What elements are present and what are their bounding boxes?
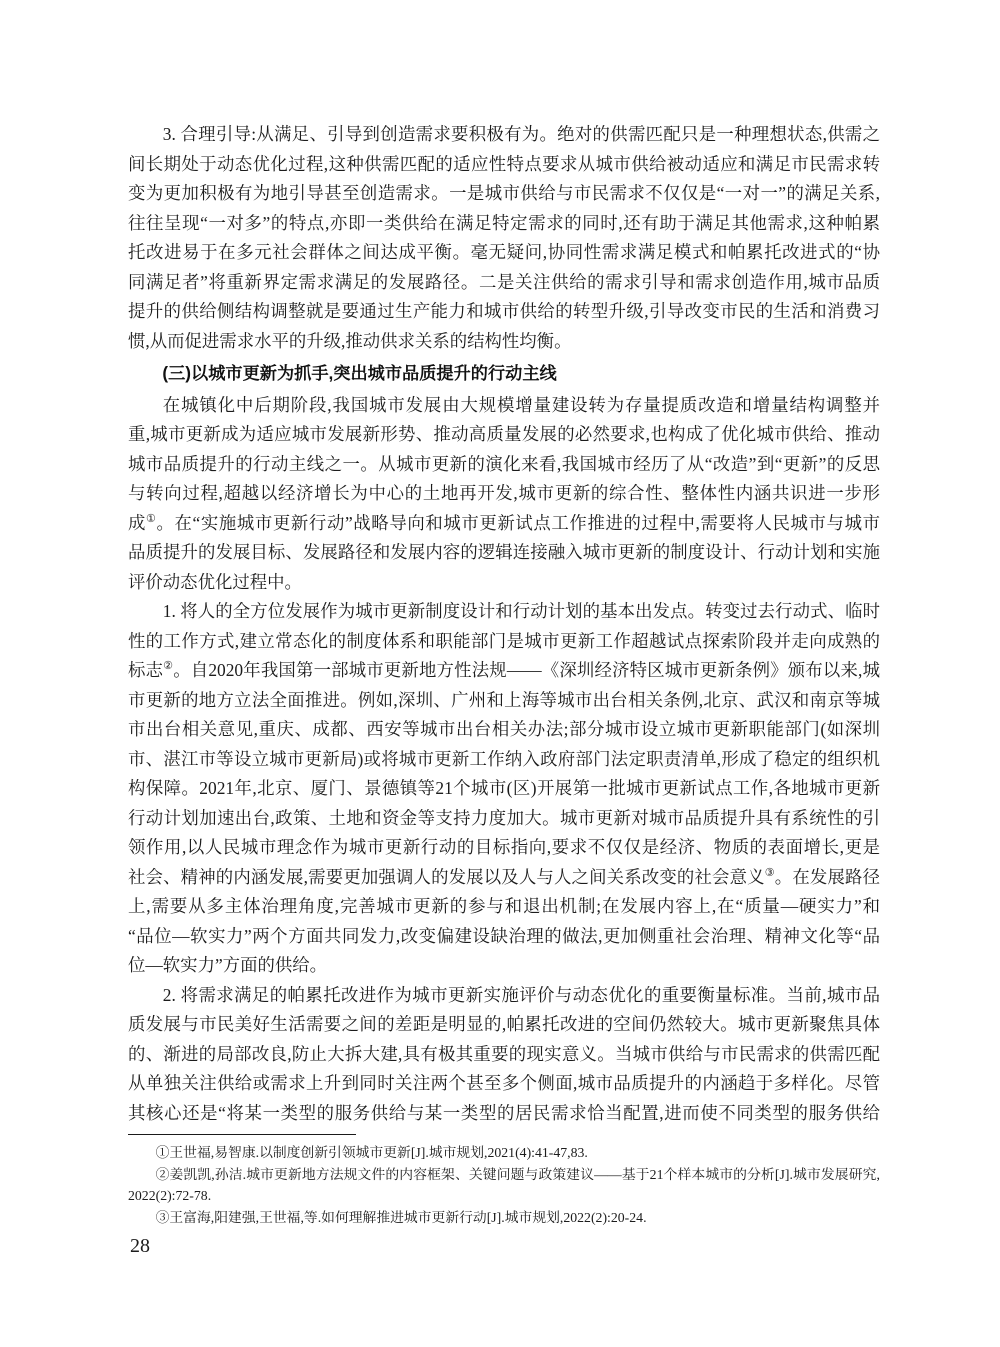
body-line: 提升的供给侧结构调整就是要通过生产能力和城市供给的转型升级,引导改变市民的生活和… xyxy=(128,297,880,327)
body-line: 位—软实力”方面的供给。 xyxy=(128,951,880,981)
body-line: 上,需要从多主体治理角度,完善城市更新的参与和退出机制;在发展内容上,在“质量—… xyxy=(128,892,880,922)
body-line: 同满足者”将重新界定需求满足的发展路径。二是关注供给的需求引导和需求创造作用,城… xyxy=(128,268,880,298)
document-page: 3. 合理引导:从满足、引导到创造需求要积极有为。绝对的供需匹配只是一种理想状态… xyxy=(0,0,1000,1347)
body-line: 间长期处于动态优化过程,这种供需匹配的适应性特点要求从城市供给被动适应和满足市民… xyxy=(128,150,880,180)
body-line: 品质提升的发展目标、发展路径和发展内容的逻辑连接融入城市更新的制度设计、行动计划… xyxy=(128,538,880,568)
article-body: 3. 合理引导:从满足、引导到创造需求要积极有为。绝对的供需匹配只是一种理想状态… xyxy=(128,120,880,1128)
body-line: 构保障。2021年,北京、厦门、景德镇等21个城市(区)开展第一批城市更新试点工… xyxy=(128,774,880,804)
footnote-2-line-2: 2022(2):72-78. xyxy=(128,1185,880,1207)
body-line: “品位—软实力”两个方面共同发力,改变偏建设缺治理的做法,更加侧重社会治理、精神… xyxy=(128,922,880,952)
body-line: 重,城市更新成为适应城市发展新形势、推动高质量发展的必然要求,也构成了优化城市供… xyxy=(128,420,880,450)
body-line: 城市品质提升的行动主线之一。从城市更新的演化来看,我国城市经历了从“改造”到“更… xyxy=(128,450,880,480)
page-number: 28 xyxy=(130,1232,150,1260)
footnote-ref: ② xyxy=(163,660,173,672)
section-heading: (三)以城市更新为抓手,突出城市品质提升的行动主线 xyxy=(128,359,880,389)
footnote-3: ③王富海,阳建强,王世福,等.如何理解推进城市更新行动[J].城市规划,2022… xyxy=(128,1207,880,1229)
body-line: 评价动态优化过程中。 xyxy=(128,568,880,598)
body-line: 的、渐进的局部改良,防止大拆大建,具有极其重要的现实意义。当城市供给与市民需求的… xyxy=(128,1040,880,1070)
body-line: 行动计划加速出台,政策、土地和资金等支持力度加大。城市更新对城市品质提升具有系统… xyxy=(128,804,880,834)
body-line: 成①。在“实施城市更新行动”战略导向和城市更新试点工作推进的过程中,需要将人民城… xyxy=(128,509,880,539)
footnote-2-line-1: ②姜凯凯,孙洁.城市更新地方法规文件的内容框架、关键问题与政策建议——基于21个… xyxy=(128,1164,880,1186)
body-line: 2. 将需求满足的帕累托改进作为城市更新实施评价与动态优化的重要衡量标准。当前,… xyxy=(128,981,880,1011)
body-line: 领作用,以人民城市理念作为城市更新行动的目标指向,要求不仅仅是经济、物质的表面增… xyxy=(128,833,880,863)
footnotes: ①王世福,易智康.以制度创新引领城市更新[J].城市规划,2021(4):41-… xyxy=(128,1142,880,1228)
body-line: 3. 合理引导:从满足、引导到创造需求要积极有为。绝对的供需匹配只是一种理想状态… xyxy=(128,120,880,150)
body-line: 托改进易于在多元社会群体之间达成平衡。毫无疑问,协同性需求满足模式和帕累托改进式… xyxy=(128,238,880,268)
body-line: 从单独关注供给或需求上升到同时关注两个甚至多个侧面,城市品质提升的内涵趋于多样化… xyxy=(128,1069,880,1099)
body-line: 惯,从而促进需求水平的升级,推动供求关系的结构性均衡。 xyxy=(128,327,880,357)
body-line: 在城镇化中后期阶段,我国城市发展由大规模增量建设转为存量提质改造和增量结构调整并 xyxy=(128,391,880,421)
body-line: 社会、精神的内涵发展,需要更加强调人的发展以及人与人之间关系改变的社会意义③。在… xyxy=(128,863,880,893)
footnote-1: ①王世福,易智康.以制度创新引领城市更新[J].城市规划,2021(4):41-… xyxy=(128,1142,880,1164)
body-line: 标志②。自2020年我国第一部城市更新地方性法规——《深圳经济特区城市更新条例》… xyxy=(128,656,880,686)
body-line: 市出台相关意见,重庆、成都、西安等城市出台相关办法;部分城市设立城市更新职能部门… xyxy=(128,715,880,745)
body-line: 1. 将人的全方位发展作为城市更新制度设计和行动计划的基本出发点。转变过去行动式… xyxy=(128,597,880,627)
body-line: 其核心还是“将某一类型的服务供给与某一类型的居民需求恰当配置,进而使不同类型的服… xyxy=(128,1099,880,1129)
body-line: 性的工作方式,建立常态化的制度体系和职能部门是城市更新工作超越试点探索阶段并走向… xyxy=(128,627,880,657)
footnote-ref: ① xyxy=(146,513,156,525)
body-line: 变为更加积极有为地引导甚至创造需求。一是城市供给与市民需求不仅仅是“一对一”的满… xyxy=(128,179,880,209)
body-line: 往往呈现“一对多”的特点,亦即一类供给在满足特定需求的同时,还有助于满足其他需求… xyxy=(128,209,880,239)
footnote-ref: ③ xyxy=(765,867,775,879)
body-line: 市更新的地方立法全面推进。例如,深圳、广州和上海等城市出台相关条例,北京、武汉和… xyxy=(128,686,880,716)
body-line: 与转向过程,超越以经济增长为中心的土地再开发,城市更新的综合性、整体性内涵共识进… xyxy=(128,479,880,509)
footnote-separator xyxy=(128,1134,356,1135)
body-line: 质发展与市民美好生活需要之间的差距是明显的,帕累托改进的空间仍然较大。城市更新聚… xyxy=(128,1010,880,1040)
body-line: 市、湛江市等设立城市更新局)或将城市更新工作纳入政府部门法定职责清单,形成了稳定… xyxy=(128,745,880,775)
